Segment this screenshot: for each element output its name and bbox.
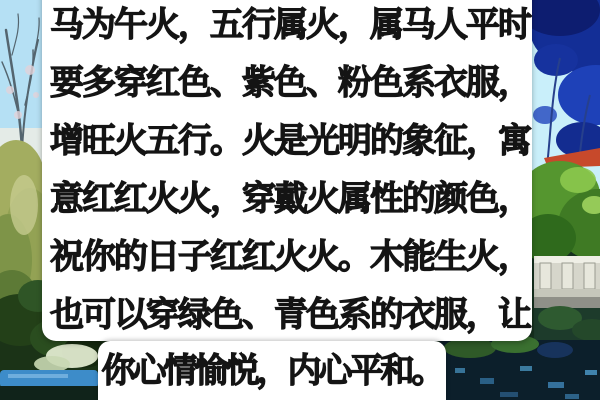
- text-line: 也可以穿绿色、青色系的衣服，让: [50, 286, 532, 344]
- text-line: 增旺火五行。火是光明的象征，寓: [50, 112, 532, 170]
- quote-card-image: 马为午火，五行属火，属马人平时 要多穿红色、紫色、粉色系衣服， 增旺火五行。火是…: [0, 0, 600, 400]
- text-line: 马为午火，五行属火，属马人平时: [50, 0, 532, 54]
- footer-text-card: 你心情愉悦，内心平和。: [98, 341, 446, 400]
- green-trees: [520, 161, 600, 262]
- footer-text-line: 你心情愉悦，内心平和。: [102, 354, 443, 388]
- stone-railing: [534, 256, 600, 310]
- blue-water-band: [0, 370, 98, 388]
- bottom-water: [440, 335, 600, 400]
- text-line: 要多穿红色、紫色、粉色系衣服，: [50, 54, 532, 112]
- text-line: 祝你的日子红红火火。木能生火，: [50, 228, 532, 286]
- water-highlight: [8, 374, 68, 378]
- text-line: 意红红火火，穿戴火属性的颜色，: [50, 170, 532, 228]
- text-card: 马为午火，五行属火，属马人平时 要多穿红色、紫色、粉色系衣服， 增旺火五行。火是…: [42, 0, 532, 341]
- left-water-dark: [0, 386, 100, 400]
